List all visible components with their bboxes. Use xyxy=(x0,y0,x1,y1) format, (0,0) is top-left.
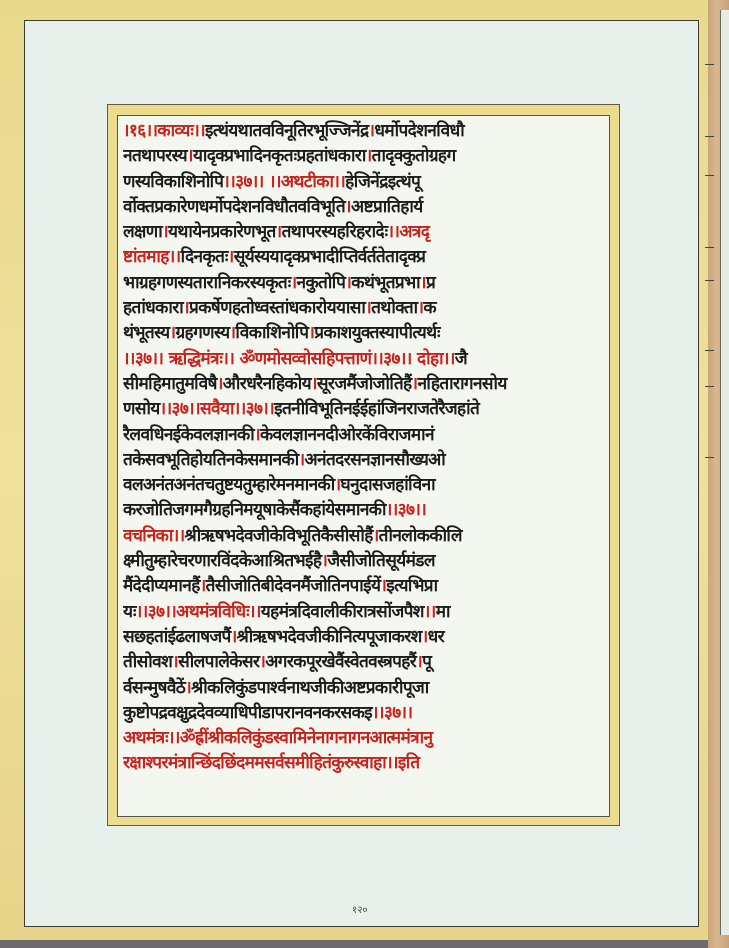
body-text: प्र xyxy=(426,273,435,293)
adjacent-page-sheet xyxy=(720,10,729,935)
body-text: जैसीजोतिसूर्यमंडल xyxy=(327,551,435,571)
body-text: करजोतिजगमगैग्रहनिमयूषाकेसैंकहांयेसमानकी xyxy=(123,500,386,520)
body-text: तैसीजोतिबीदेवनमैंजोतिनपाईयें xyxy=(206,576,381,596)
text-line: कुष्टोपद्रवक्षुद्रदेवव्याधिपीडापरानवनकरस… xyxy=(123,701,605,726)
body-text: कथंभूतप्रभा xyxy=(351,273,420,293)
text-line: सछहतांईढलाषजपैं।श्रीऋषभदेवजीकीनित्यपूजाक… xyxy=(123,625,605,650)
binding-stitch-mark xyxy=(705,136,714,137)
body-text: इत्यभिप्रा xyxy=(386,576,437,596)
text-line: णसोय।।३७।।सवैया।।३७।।इतनीविभूतिनईईहांजिन… xyxy=(123,397,605,422)
binding-stitch-mark xyxy=(705,64,714,65)
rubric-text: वचनिका।। xyxy=(123,526,185,546)
body-text: हतांधकारा xyxy=(123,298,183,318)
body-text: यः xyxy=(123,602,136,622)
body-text: इतनीविभूतिनईईहांजिनराजतेरैजहांते xyxy=(274,399,479,419)
binding-stitch-mark xyxy=(705,175,714,176)
text-line: हतांधकारा।प्रकर्षेणहतोध्वस्तांधकारोययासा… xyxy=(123,296,605,321)
body-text: श्रीऋषभदेवजीकेविभूतिकैसीसोहैं xyxy=(185,526,373,546)
body-text: यथायेनप्रकारेणभूत xyxy=(168,222,276,242)
text-line: अथमंत्रः।।ॐह्रींश्रीकलिकुंडस्वामिनेनागना… xyxy=(123,726,605,751)
body-text: णस्यविकाशिनोपि xyxy=(123,172,223,192)
manuscript-text: ।१६।।काव्यः।।इत्थंयथातवविनूतिरभूज्जिनेंद… xyxy=(123,119,605,777)
body-text: मैंदेदीप्यमानहैं xyxy=(123,576,200,596)
body-text: भाग्रहगणस्यतारानिकरस्यकृतः xyxy=(123,273,291,293)
body-text: वलअनंतअनंतचतुष्टयतुम्हारेमनमानकी xyxy=(123,475,335,495)
text-line: र्वोक्तप्रकारेणधर्मोपदेशनविधौतवविभूति।अष… xyxy=(123,195,605,220)
body-text: अनंतदरसनज्ञानसौख्यओ xyxy=(305,450,446,470)
body-text: नतथापरस्य xyxy=(123,146,187,166)
text-line: तकेसवभूतिहोयतिनकेसमानकी।अनंतदरसनज्ञानसौख… xyxy=(123,448,605,473)
rubric-text: ।।३७।। xyxy=(223,172,263,192)
text-line: ष्टांतमाह।।दिनकृतः।सूर्यस्ययादृक्प्रभादी… xyxy=(123,245,605,270)
body-text: तीनलोककीलि xyxy=(379,526,462,546)
body-text: र्वसन्मुषवैठें xyxy=(123,678,185,698)
body-text: अष्टप्रातिहार्य xyxy=(351,197,423,217)
text-line: थंभूतस्य।ग्रहगणस्य।विकाशिनोपि।प्रकाशयुक्… xyxy=(123,321,605,346)
body-text: प्रकाशयुक्तस्यापीत्यर्थः xyxy=(314,323,440,343)
body-text: क्ष्मीतुम्हारेचरणारविंदकेआश्रितभईहै xyxy=(123,551,321,571)
rubric-text: रक्षाश्परमंत्रान्छिंदछिंदममसर्वसमीहितंकु… xyxy=(123,753,419,773)
text-line: ।।३७।। ऋद्धिमंत्रः।। ॐणमोसव्वोसहिपत्ताणं… xyxy=(123,347,605,372)
body-text: इत्थंयथातवविनूतिरभूज्जिनेंद्र xyxy=(205,121,368,141)
body-text: दिनकृतः xyxy=(181,247,228,267)
body-text: प्रकर्षेणहतोध्वस्तांधकारोययासा xyxy=(189,298,365,318)
text-line: यः।।३७।।अथमंत्रविधिः।।यहमंत्रदिवालीकीरात… xyxy=(123,600,605,625)
body-text: तीसोवश xyxy=(123,652,172,672)
binding-stitch-mark xyxy=(705,386,714,387)
rubric-text: ।।३७।। xyxy=(386,500,426,520)
body-text: नहितारागनसोय xyxy=(417,374,506,394)
body-text: धर्मोपदेशनविधौ xyxy=(374,121,464,141)
rubric-text: ।।३७।। xyxy=(372,703,412,723)
body-text: रैलवधिनईकेवलज्ञानकी xyxy=(123,425,254,445)
binding-stitch-mark xyxy=(705,457,714,458)
rubric-text: ।।अत्रदृ xyxy=(388,222,430,242)
body-text: सीलपालेकेसर xyxy=(178,652,259,672)
body-text: तादृक्कुतोग्रहग xyxy=(372,146,456,166)
adjacent-page-edge xyxy=(708,0,729,948)
text-line: क्ष्मीतुम्हारेचरणारविंदकेआश्रितभईहै।जैसी… xyxy=(123,549,605,574)
body-text: तथापरस्यहरिहरादेः xyxy=(282,222,388,242)
body-text: लक्षणा xyxy=(123,222,162,242)
body-text: यादृक्प्रभादिनकृतःप्रहतांधकारा xyxy=(193,146,366,166)
body-text: थंभूतस्य xyxy=(123,323,170,343)
body-text: सछहतांईढलाषजपैं xyxy=(123,627,231,647)
body-text: र्वोक्तप्रकारेणधर्मोपदेशनविधौतवविभूति xyxy=(123,197,345,217)
text-line: णस्यविकाशिनोपि।।३७।। ।।अथटीका।।हेजिनेंद्… xyxy=(123,170,605,195)
text-line: करजोतिजगमगैग्रहनिमयूषाकेसैंकहांयेसमानकी।… xyxy=(123,498,605,523)
rubric-text: ।। xyxy=(424,602,436,622)
body-text: घनुदासजहांविना xyxy=(341,475,435,495)
body-text: तथोक्ता xyxy=(371,298,417,318)
body-text: श्रीकलिकुंडपार्श्वनाथजीकीअष्टप्रकारीपूजा xyxy=(191,678,428,698)
body-text: श्रीऋषभदेवजीकीनित्यपूजाकरश xyxy=(237,627,422,647)
body-text: क xyxy=(423,298,436,318)
body-text: औरधरैनहिकोय xyxy=(223,374,311,394)
text-line: र्वसन्मुषवैठें।श्रीकलिकुंडपार्श्वनाथजीकी… xyxy=(123,676,605,701)
text-line: वलअनंतअनंतचतुष्टयतुम्हारेमनमानकी।घनुदासज… xyxy=(123,473,605,498)
body-text: यहमंत्रदिवालीकीरात्रसोंजपैश xyxy=(261,602,424,622)
body-text: पू xyxy=(422,652,431,672)
text-line: लक्षणा।यथायेनप्रकारेणभूत।तथापरस्यहरिहराद… xyxy=(123,220,605,245)
rubric-text: ।।अथटीका।। xyxy=(269,172,345,192)
body-text: जै xyxy=(455,349,467,369)
text-line: सीमहिमातुमविषै।औरधरैनहिकोय।सूरजमैंजोजोति… xyxy=(123,372,605,397)
body-text: अगरकपूरखेवैंस्वेतवस्त्रपहरैं xyxy=(265,652,416,672)
body-text: णसोय xyxy=(123,399,160,419)
text-line: नतथापरस्य।यादृक्प्रभादिनकृतःप्रहतांधकारा… xyxy=(123,144,605,169)
text-line: वचनिका।।श्रीऋषभदेवजीकेविभूतिकैसीसोहैं।ती… xyxy=(123,524,605,549)
text-line: भाग्रहगणस्यतारानिकरस्यकृतः।नकुतोपि।कथंभू… xyxy=(123,271,605,296)
body-text: नकुतोपि xyxy=(297,273,346,293)
body-text: मा xyxy=(436,602,450,622)
rubric-text: ।।३७।।सवैया।।३७।। xyxy=(160,399,274,419)
body-text: सूर्यस्ययादृक्प्रभादीप्तिर्वर्ततेतादृक्प… xyxy=(234,247,426,267)
body-text: सूरजमैंजोजोतिहैं xyxy=(317,374,412,394)
binding-stitch-mark xyxy=(705,280,714,281)
binding-stitch-mark xyxy=(705,247,714,248)
body-text: कुष्टोपद्रवक्षुद्रदेवव्याधिपीडापरानवनकरस… xyxy=(123,703,372,723)
text-line: मैंदेदीप्यमानहैं।तैसीजोतिबीदेवनमैंजोतिनप… xyxy=(123,574,605,599)
rubric-text: ।१६।।काव्यः।। xyxy=(123,121,205,141)
body-text: केवलज्ञाननदीओरकेंविराजमानं xyxy=(260,425,434,445)
text-line: तीसोवश।सीलपालेकेसर।अगरकपूरखेवैंस्वेतवस्त… xyxy=(123,650,605,675)
binding-stitch-mark xyxy=(705,350,714,351)
body-text: सीमहिमातुमविषै xyxy=(123,374,217,394)
rubric-text: अथमंत्रः।।ॐह्रींश्रीकलिकुंडस्वामिनेनागना… xyxy=(123,728,432,748)
text-line: रैलवधिनईकेवलज्ञानकी।केवलज्ञाननदीओरकेंविर… xyxy=(123,423,605,448)
body-text: ग्रहगणस्य xyxy=(175,323,229,343)
rubric-text: ष्टांतमाह।। xyxy=(123,247,181,267)
page-number: १२० xyxy=(352,902,368,916)
text-line: रक्षाश्परमंत्रान्छिंदछिंदममसर्वसमीहितंकु… xyxy=(123,751,605,776)
body-text: तकेसवभूतिहोयतिनकेसमानकी xyxy=(123,450,299,470)
body-text: विकाशिनोपि xyxy=(235,323,308,343)
rubric-text: ।।३७।।अथमंत्रविधिः।। xyxy=(136,602,261,622)
rubric-text: ।।३७।। ऋद्धिमंत्रः।। ॐणमोसव्वोसहिपत्ताणं… xyxy=(123,349,455,369)
body-text: हेजिनेंद्रइत्थंपू xyxy=(345,172,420,192)
body-text: धर xyxy=(428,627,444,647)
text-line: ।१६।।काव्यः।।इत्थंयथातवविनूतिरभूज्जिनेंद… xyxy=(123,119,605,144)
